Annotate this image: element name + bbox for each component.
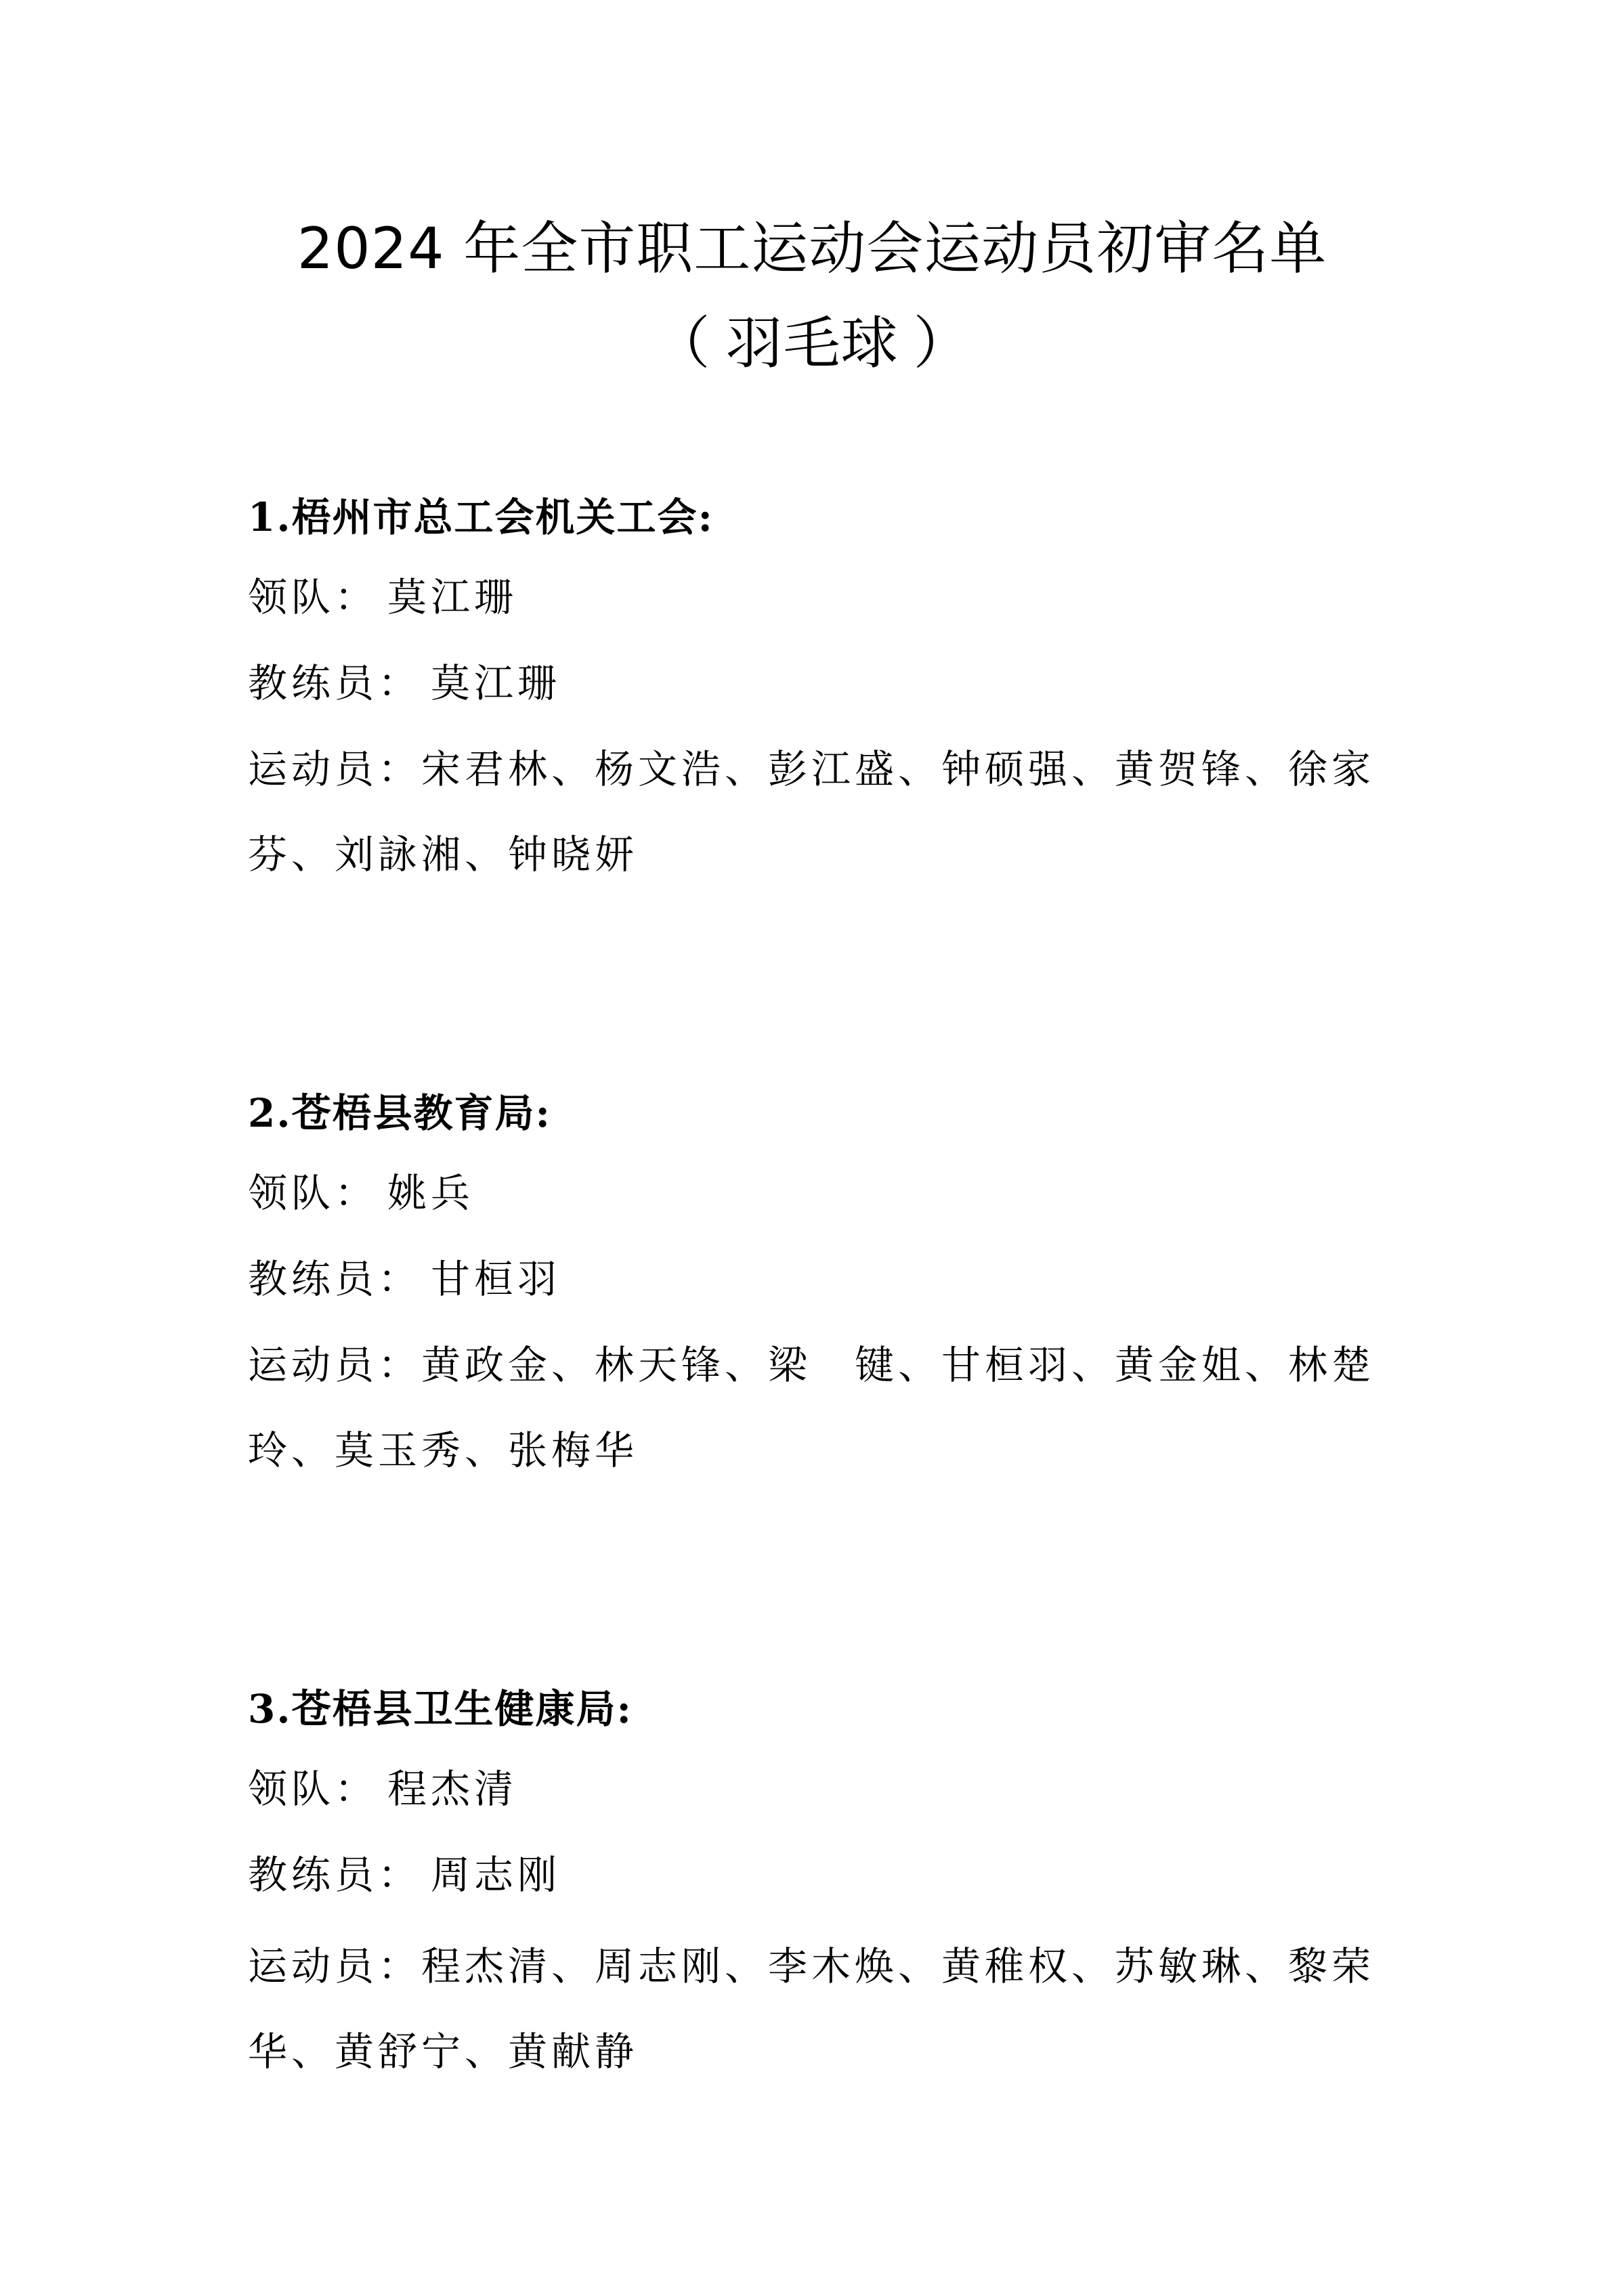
- subtitle-sport: 羽毛球: [725, 310, 898, 376]
- coach-row: 教练员：周志刚: [248, 1855, 561, 1894]
- colon: ：: [378, 746, 421, 792]
- leader-row: 领队：莫江珊: [248, 578, 517, 617]
- coach-label: 教练员: [248, 660, 378, 706]
- coach-label: 教练员: [248, 1256, 378, 1302]
- colon: ：: [378, 1943, 421, 1989]
- team-heading: 3.苍梧县卫生健康局:: [248, 1689, 1399, 1729]
- team-section-2: 2.苍梧县教育局: 领队：姚兵 教练员：甘桓羽 运动员：黄政金、林天锋、梁 键、…: [248, 1093, 1399, 1133]
- team-section-1: 1.梧州市总工会机关工会: 领队：莫江珊 教练员：莫江珊 运动员：宋君林、杨文浩…: [248, 498, 1399, 537]
- coach-label: 教练员: [248, 1852, 378, 1898]
- coach-name: 甘桓羽: [431, 1256, 561, 1302]
- colon: ：: [378, 660, 431, 706]
- colon: ：: [378, 1342, 421, 1388]
- athletes-row: 运动员：程杰清、周志刚、李木焕、黄稚权、苏敏琳、黎荣华、黄舒宁、黄献静: [248, 1924, 1406, 2094]
- athletes-label: 运动员: [248, 746, 378, 792]
- leader-name: 程杰清: [387, 1766, 517, 1812]
- team-heading: 1.梧州市总工会机关工会:: [248, 498, 1399, 537]
- document-title: 2024 年全市职工运动会运动员初审名单: [0, 220, 1624, 277]
- leader-row: 领队：姚兵: [248, 1173, 474, 1213]
- athletes-row: 运动员：宋君林、杨文浩、彭江盛、钟硕强、黄贺锋、徐家芬、刘詠湘、钟晓妍: [248, 727, 1406, 897]
- athletes-label: 运动员: [248, 1342, 378, 1388]
- coach-row: 教练员：甘桓羽: [248, 1259, 561, 1299]
- leader-label: 领队: [248, 1766, 335, 1812]
- leader-label: 领队: [248, 1170, 335, 1216]
- coach-row: 教练员：莫江珊: [248, 664, 561, 703]
- leader-row: 领队：程杰清: [248, 1769, 517, 1808]
- leader-name: 莫江珊: [387, 574, 517, 620]
- colon: ：: [378, 1852, 431, 1898]
- document-subtitle: （羽毛球）: [0, 315, 1624, 372]
- colon: ：: [335, 574, 387, 620]
- coach-name: 莫江珊: [431, 660, 561, 706]
- subtitle-close-paren: ）: [899, 315, 986, 372]
- athletes-label: 运动员: [248, 1943, 378, 1989]
- team-heading: 2.苍梧县教育局:: [248, 1093, 1399, 1133]
- subtitle-open-paren: （: [638, 315, 725, 372]
- leader-label: 领队: [248, 574, 335, 620]
- athletes-row: 运动员：黄政金、林天锋、梁 键、甘桓羽、黄金姐、林楚玲、莫玉秀、张梅华: [248, 1322, 1406, 1493]
- colon: ：: [378, 1256, 431, 1302]
- team-section-3: 3.苍梧县卫生健康局: 领队：程杰清 教练员：周志刚 运动员：程杰清、周志刚、李…: [248, 1689, 1399, 1729]
- leader-name: 姚兵: [387, 1170, 474, 1216]
- colon: ：: [335, 1170, 387, 1216]
- document-page: 2024 年全市职工运动会运动员初审名单 （羽毛球） 1.梧州市总工会机关工会:…: [0, 0, 1624, 2296]
- colon: ：: [335, 1766, 387, 1812]
- coach-name: 周志刚: [431, 1852, 561, 1898]
